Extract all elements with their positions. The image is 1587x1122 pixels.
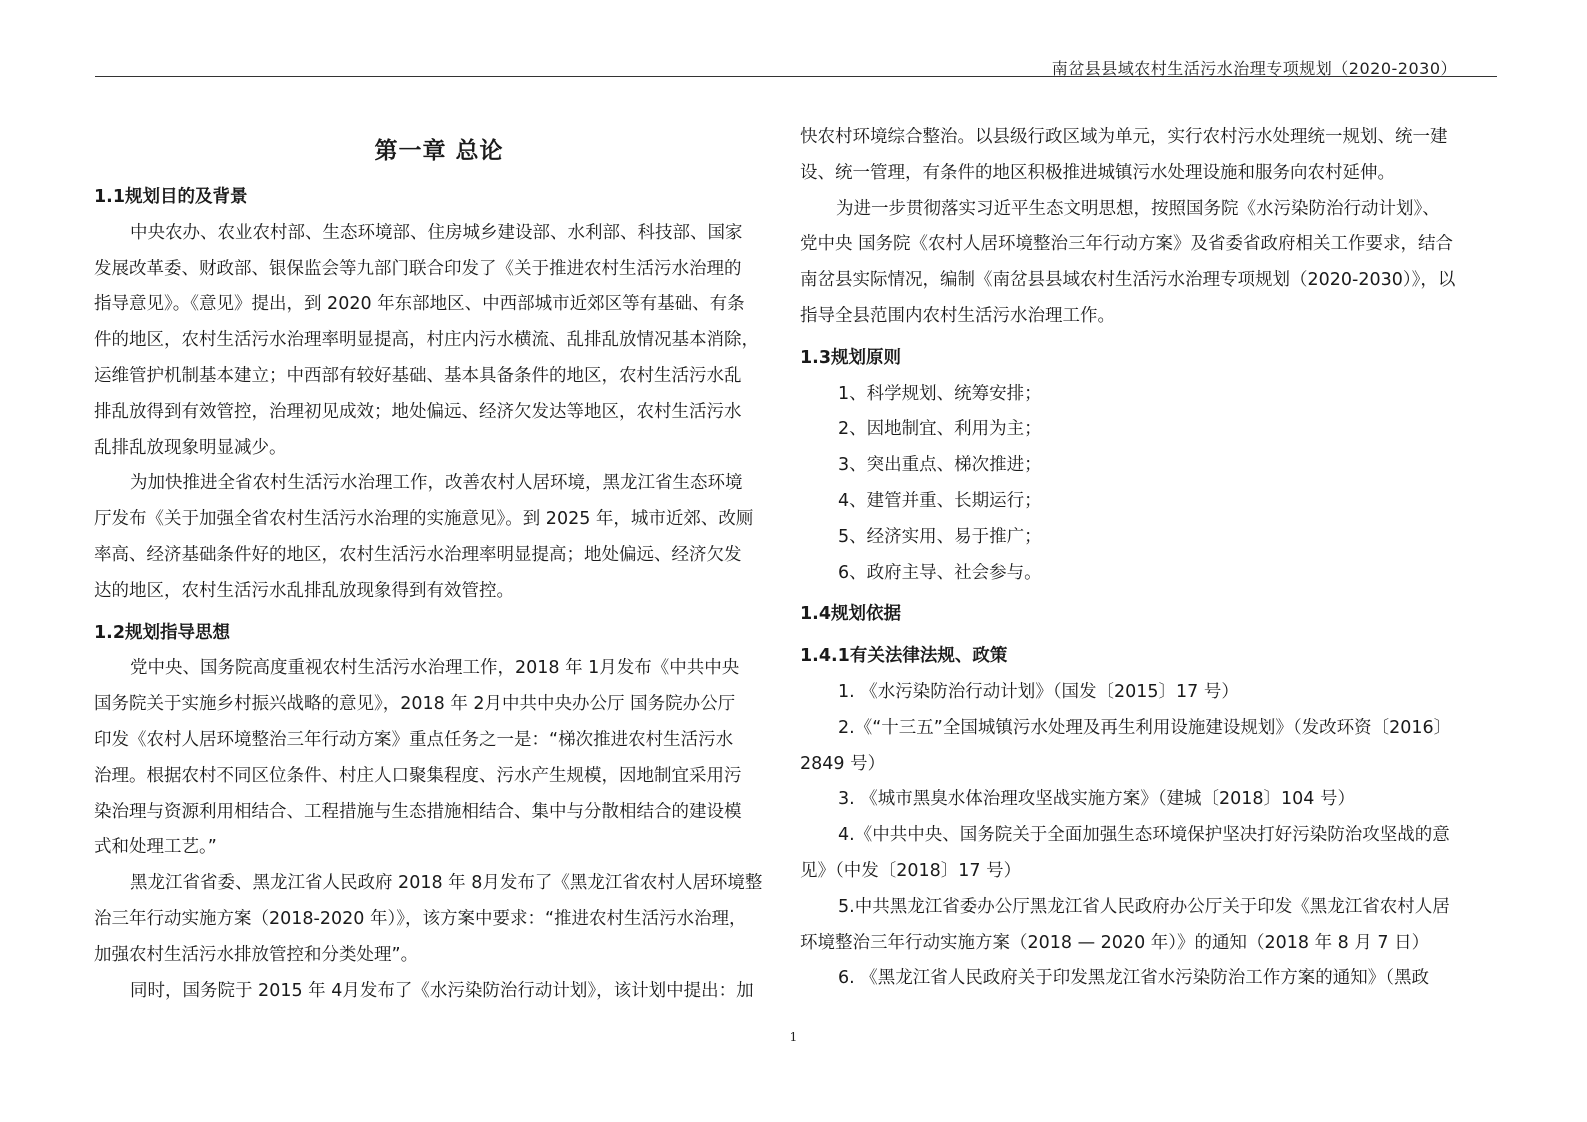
text-line: 乱排乱放现象明显减少。 xyxy=(94,431,784,467)
text-line: 染治理与资源利用相结合、工程措施与生态措施相结合、集中与分散相结合的建设模 xyxy=(94,795,784,831)
text-line: 设、统一管理，有条件的地区积极推进城镇污水处理设施和服务向农村延伸。 xyxy=(800,156,1490,192)
paragraph-continuation: 快农村环境综合整治。以县级行政区域为单元，实行农村污水处理统一规划、统一建 设、… xyxy=(800,120,1490,192)
text-line: 中央农办、农业农村部、生态环境部、住房城乡建设部、水利部、科技部、国家 xyxy=(94,216,784,252)
text-line: 治三年行动实施方案（2018-2020 年）》，该方案中要求：“推进农村生活污水… xyxy=(94,902,784,938)
regulation-item-continuation: 2849 号） xyxy=(800,747,1490,783)
text-line: 达的地区，农村生活污水乱排乱放现象得到有效管控。 xyxy=(94,574,784,610)
regulation-item: 5.中共黑龙江省委办公厅黑龙江省人民政府办公厅关于印发《黑龙江省农村人居 xyxy=(800,890,1490,926)
section-heading-1-4-1: 1.4.1有关法律法规、政策 xyxy=(800,639,1490,675)
text-line: 国务院关于实施乡村振兴战略的意见》，2018 年 2月中共中央办公厅 国务院办公… xyxy=(94,687,784,723)
regulation-item: 2.《“十三五”全国城镇污水处理及再生利用设施建设规划》（发改环资〔2016〕 xyxy=(800,711,1490,747)
text-line: 为进一步贯彻落实习近平生态文明思想，按照国务院《水污染防治行动计划》、 xyxy=(800,192,1490,228)
list-item: 3、突出重点、梯次推进； xyxy=(800,448,1490,484)
right-column: 快农村环境综合整治。以县级行政区域为单元，实行农村污水处理统一规划、统一建 设、… xyxy=(800,120,1490,997)
text-line: 排乱放得到有效管控，治理初见成效；地处偏远、经济欠发达等地区，农村生活污水 xyxy=(94,395,784,431)
regulation-item-continuation: 见》（中发〔2018〕17 号） xyxy=(800,854,1490,890)
regulation-item: 1. 《水污染防治行动计划》（国发〔2015〕17 号） xyxy=(800,675,1490,711)
list-item: 6、政府主导、社会参与。 xyxy=(800,556,1490,592)
text-line: 黑龙江省省委、黑龙江省人民政府 2018 年 8月发布了《黑龙江省农村人居环境整 xyxy=(94,866,784,902)
list-item: 2、因地制宜、利用为主； xyxy=(800,412,1490,448)
text-line: 件的地区，农村生活污水治理率明显提高，村庄内污水横流、乱排乱放情况基本消除， xyxy=(94,323,784,359)
text-line: 指导意见》。《意见》提出，到 2020 年东部地区、中西部城市近郊区等有基础、有… xyxy=(94,287,784,323)
text-line: 党中央 国务院《农村人居环境整治三年行动方案》及省委省政府相关工作要求，结合 xyxy=(800,227,1490,263)
text-line: 快农村环境综合整治。以县级行政区域为单元，实行农村污水处理统一规划、统一建 xyxy=(800,120,1490,156)
list-item: 4、建管并重、长期运行； xyxy=(800,484,1490,520)
text-line: 式和处理工艺。” xyxy=(94,830,784,866)
regulation-item: 4.《中共中央、国务院关于全面加强生态环境保护坚决打好污染防治攻坚战的意 xyxy=(800,818,1490,854)
regulation-item-continuation: 环境整治三年行动实施方案（2018 — 2020 年）》的通知（2018 年 8… xyxy=(800,926,1490,962)
text-line: 印发《农村人居环境整治三年行动方案》重点任务之一是：“梯次推进农村生活污水 xyxy=(94,723,784,759)
section-heading-1-1: 1.1规划目的及背景 xyxy=(94,180,784,216)
regulations-list: 1. 《水污染防治行动计划》（国发〔2015〕17 号） 2.《“十三五”全国城… xyxy=(800,675,1490,997)
text-line: 率高、经济基础条件好的地区，农村生活污水治理率明显提高；地处偏远、经济欠发 xyxy=(94,538,784,574)
left-column: 第一章 总论 1.1规划目的及背景 中央农办、农业农村部、生态环境部、住房城乡建… xyxy=(94,120,784,1009)
text-line: 南岔县实际情况，编制《南岔县县域农村生活污水治理专项规划（2020-2030）》… xyxy=(800,263,1490,299)
section-heading-1-3: 1.3规划原则 xyxy=(800,341,1490,377)
paragraph-guidance-2: 黑龙江省省委、黑龙江省人民政府 2018 年 8月发布了《黑龙江省农村人居环境整… xyxy=(94,866,784,973)
text-line: 为加快推进全省农村生活污水治理工作，改善农村人居环境，黑龙江省生态环境 xyxy=(94,466,784,502)
text-line: 党中央、国务院高度重视农村生活污水治理工作，2018 年 1月发布《中共中央 xyxy=(94,651,784,687)
list-item: 1、科学规划、统筹安排； xyxy=(800,377,1490,413)
section-heading-1-4: 1.4规划依据 xyxy=(800,597,1490,633)
paragraph-purpose: 为进一步贯彻落实习近平生态文明思想，按照国务院《水污染防治行动计划》、 党中央 … xyxy=(800,192,1490,335)
paragraph-guidance-3: 同时，国务院于 2015 年 4月发布了《水污染防治行动计划》，该计划中提出：加 xyxy=(94,974,784,1010)
paragraph-background-1: 中央农办、农业农村部、生态环境部、住房城乡建设部、水利部、科技部、国家 发展改革… xyxy=(94,216,784,467)
principles-list: 1、科学规划、统筹安排； 2、因地制宜、利用为主； 3、突出重点、梯次推进； 4… xyxy=(800,377,1490,592)
page-number: 1 xyxy=(0,1030,1587,1044)
text-line: 厅发布《关于加强全省农村生活污水治理的实施意见》。到 2025 年，城市近郊、改… xyxy=(94,502,784,538)
text-line: 发展改革委、财政部、银保监会等九部门联合印发了《关于推进农村生活污水治理的 xyxy=(94,252,784,288)
regulation-item: 6. 《黑龙江省人民政府关于印发黑龙江省水污染防治工作方案的通知》（黑政 xyxy=(800,961,1490,997)
paragraph-guidance-1: 党中央、国务院高度重视农村生活污水治理工作，2018 年 1月发布《中共中央 国… xyxy=(94,651,784,866)
text-line: 同时，国务院于 2015 年 4月发布了《水污染防治行动计划》，该计划中提出：加 xyxy=(94,974,784,1010)
header-divider xyxy=(95,76,1497,77)
chapter-title: 第一章 总论 xyxy=(94,120,784,180)
section-heading-1-2: 1.2规划指导思想 xyxy=(94,616,784,652)
text-line: 加强农村生活污水排放管控和分类处理”。 xyxy=(94,938,784,974)
text-line: 治理。根据农村不同区位条件、村庄人口聚集程度、污水产生规模，因地制宜采用污 xyxy=(94,759,784,795)
text-line: 运维管护机制基本建立；中西部有较好基础、基本具备条件的地区，农村生活污水乱 xyxy=(94,359,784,395)
paragraph-background-2: 为加快推进全省农村生活污水治理工作，改善农村人居环境，黑龙江省生态环境 厅发布《… xyxy=(94,466,784,609)
regulation-item: 3. 《城市黑臭水体治理攻坚战实施方案》（建城〔2018〕104 号） xyxy=(800,782,1490,818)
text-line: 指导全县范围内农村生活污水治理工作。 xyxy=(800,299,1490,335)
list-item: 5、经济实用、易于推广； xyxy=(800,520,1490,556)
